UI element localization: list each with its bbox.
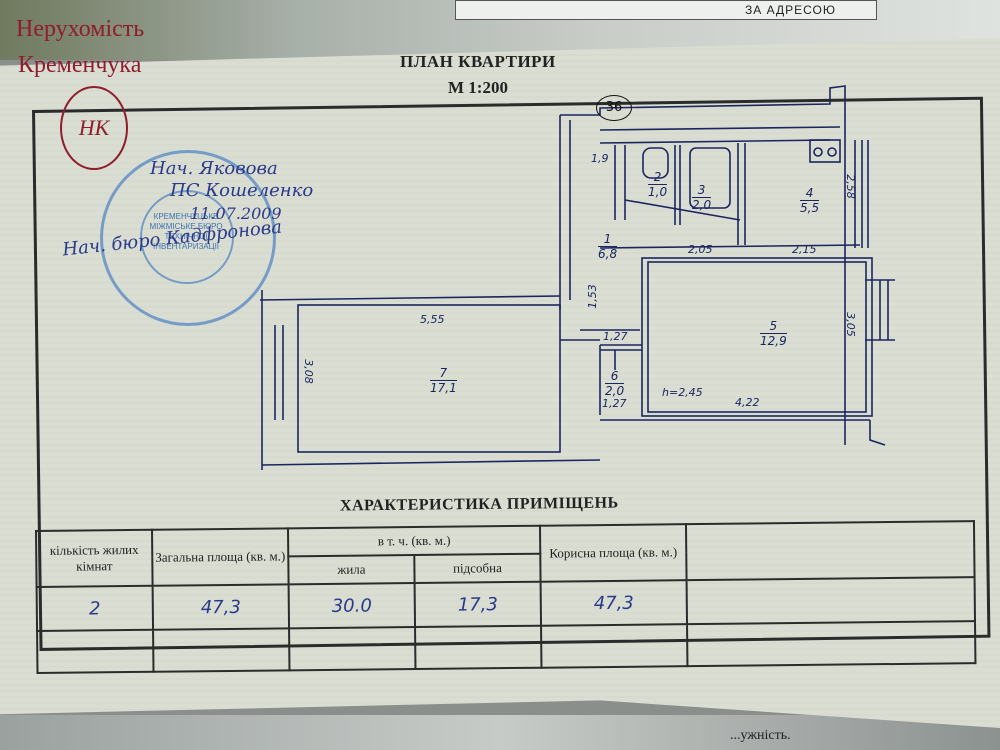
dimension-label: 1,53 [586, 284, 599, 309]
dimension-label: 5,55 [420, 313, 445, 326]
empty-cell [541, 624, 687, 668]
cell-auxiliary: 17,3 [415, 582, 541, 627]
room-label-3: 32,0 [692, 183, 711, 212]
empty-cell [37, 630, 153, 673]
dimension-label: 2,58 [844, 174, 857, 199]
header-total-area: Загальна площа (кв. м.) [152, 528, 289, 585]
dimension-label: 3,08 [302, 359, 315, 384]
room-label-7: 717,1 [430, 366, 457, 395]
cell-rooms-count: 2 [37, 586, 153, 631]
header-living: жила [288, 555, 414, 584]
empty-cell [687, 621, 975, 666]
dimension-label: 3,05 [844, 312, 857, 337]
dimension-label: 4,22 [735, 396, 760, 409]
room-label-4: 45,5 [800, 186, 819, 215]
header-empty [686, 521, 975, 580]
dimension-label: 2,05 [688, 243, 713, 256]
dimension-label: 1,27 [603, 330, 628, 343]
characteristics-title: ХАРАКТЕРИСТИКА ПРИМІЩЕНЬ [340, 495, 619, 516]
header-auxiliary: підсобна [414, 554, 540, 583]
header-rooms-count: кількість жилих кімнат [36, 530, 153, 587]
room-label-1: 16,8 [598, 232, 617, 261]
cell-total-area: 47,3 [153, 584, 289, 629]
unit-number-badge: 36 [596, 95, 632, 121]
dimension-label: 1,27 [602, 397, 627, 410]
room-label-5: 512,9 [760, 319, 787, 348]
ceiling-height-label: h=2,45 [662, 386, 703, 399]
empty-cell [289, 627, 415, 670]
room-label-6: 62,0 [605, 369, 624, 398]
cell-empty [687, 577, 975, 624]
room-label-2: 21,0 [648, 170, 667, 199]
table-row-empty [37, 621, 975, 673]
empty-cell [415, 626, 541, 669]
cell-useful-area: 47,3 [541, 580, 687, 626]
empty-cell [153, 628, 289, 671]
cell-living: 30.0 [289, 583, 415, 628]
header-useful-area: Корисна площа (кв. м.) [540, 524, 687, 582]
dimension-label: 2,15 [792, 243, 817, 256]
dimension-label: 1,9 [591, 152, 609, 165]
header-incl: в т. ч. (кв. м.) [288, 526, 540, 557]
characteristics-table: кількість жилих кімнат Загальна площа (к… [35, 520, 976, 674]
